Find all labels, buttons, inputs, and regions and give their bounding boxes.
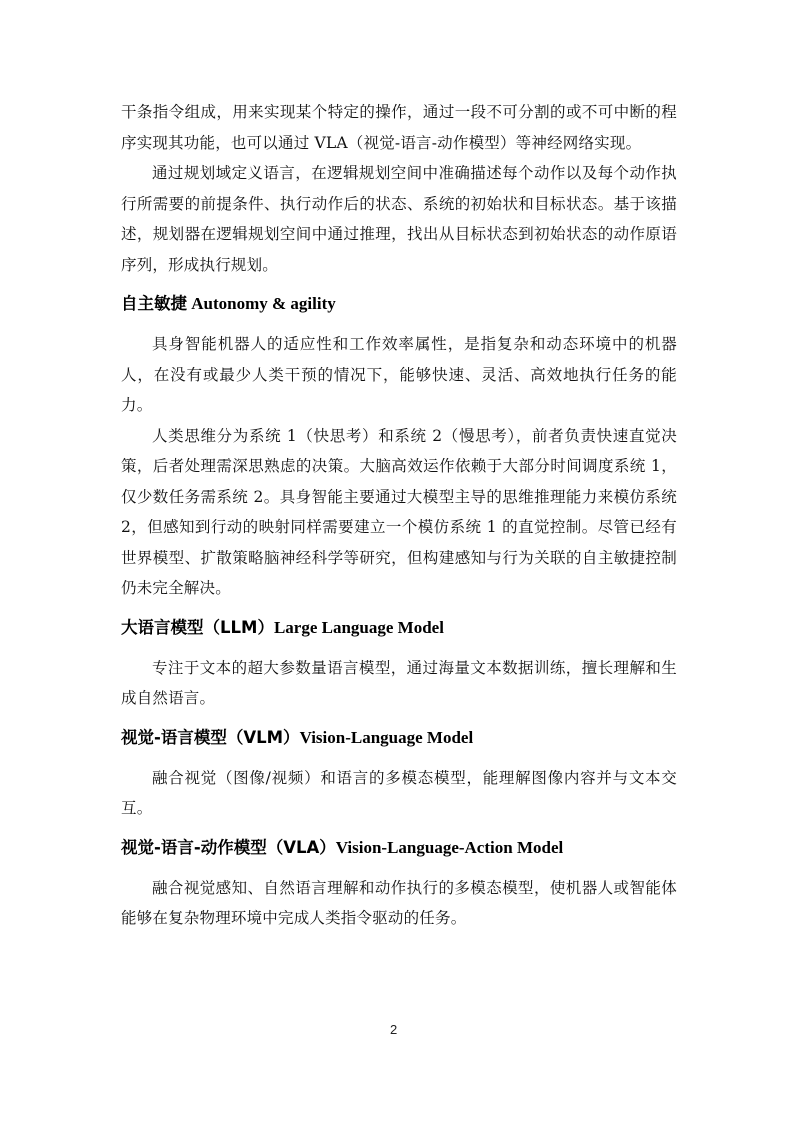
heading-cn: 大语言模型（LLM）: [121, 618, 274, 637]
heading-en: Vision-Language-Action Model: [336, 838, 563, 857]
section-heading-vlm: 视觉-语言模型（VLM）Vision-Language Model: [121, 726, 677, 750]
heading-cn: 自主敏捷: [121, 294, 187, 313]
paragraph-continuation: 干条指令组成，用来实现某个特定的操作，通过一段不可分割的或不可中断的程序实现其功…: [121, 97, 677, 158]
paragraph-llm: 专注于文本的超大参数量语言模型，通过海量文本数据训练，擅长理解和生成自然语言。: [121, 653, 677, 714]
page-number: 2: [390, 1022, 397, 1037]
page-content: 干条指令组成，用来实现某个特定的操作，通过一段不可分割的或不可中断的程序实现其功…: [121, 97, 677, 934]
heading-en: Autonomy & agility: [187, 294, 336, 313]
paragraph-autonomy-definition: 具身智能机器人的适应性和工作效率属性，是指复杂和动态环境中的机器人，在没有或最少…: [121, 329, 677, 421]
section-heading-llm: 大语言模型（LLM）Large Language Model: [121, 616, 677, 640]
heading-cn: 视觉-语言模型（VLM）: [121, 728, 300, 747]
section-heading-autonomy: 自主敏捷 Autonomy & agility: [121, 292, 677, 316]
paragraph-system-thinking: 人类思维分为系统 1（快思考）和系统 2（慢思考），前者负责快速直觉决策，后者处…: [121, 421, 677, 604]
heading-en: Large Language Model: [274, 618, 444, 637]
heading-en: Vision-Language Model: [300, 728, 474, 747]
section-heading-vla: 视觉-语言-动作模型（VLA）Vision-Language-Action Mo…: [121, 836, 677, 860]
heading-cn: 视觉-语言-动作模型（VLA）: [121, 838, 336, 857]
document-page: 干条指令组成，用来实现某个特定的操作，通过一段不可分割的或不可中断的程序实现其功…: [0, 0, 793, 1122]
paragraph-vla: 融合视觉感知、自然语言理解和动作执行的多模态模型，使机器人或智能体能够在复杂物理…: [121, 873, 677, 934]
paragraph-planning-domain: 通过规划域定义语言，在逻辑规划空间中准确描述每个动作以及每个动作执行所需要的前提…: [121, 158, 677, 280]
paragraph-vlm: 融合视觉（图像/视频）和语言的多模态模型，能理解图像内容并与文本交互。: [121, 763, 677, 824]
